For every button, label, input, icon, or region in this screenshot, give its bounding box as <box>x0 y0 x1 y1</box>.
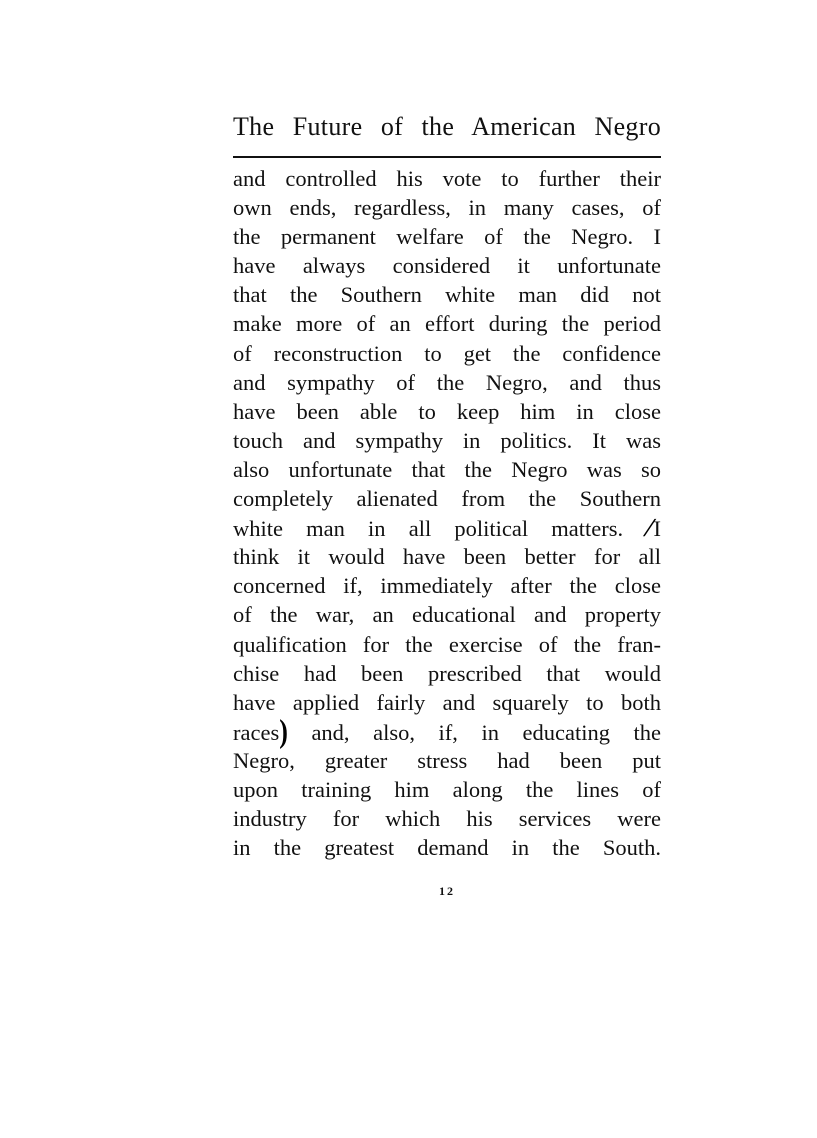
header-rule <box>233 156 661 158</box>
text-line: touch and sympathy in politics. It was <box>233 426 661 455</box>
text-line: and sympathy of the Negro, and thus <box>233 368 661 397</box>
text-segment: and, also, if, in educating the <box>288 720 661 745</box>
text-line: industry for which his services were <box>233 804 661 833</box>
text-line: completely alienated from the Southern <box>233 484 661 513</box>
text-line: concerned if, immediately after the clos… <box>233 571 661 600</box>
text-line: chise had been prescribed that would <box>233 659 661 688</box>
running-head: The Future of the American Negro <box>233 112 661 146</box>
text-line: in the greatest demand in the South. <box>233 833 661 862</box>
text-segment: white man in all political matters. <box>233 516 646 541</box>
text-line: that the Southern white man did not <box>233 280 661 309</box>
text-line: have always considered it unfortunate <box>233 251 661 280</box>
text-line: of reconstruction to get the confidence <box>233 339 661 368</box>
text-segment: races <box>233 720 279 745</box>
text-line: think it would have been better for all <box>233 542 661 571</box>
text-line: upon training him along the lines of <box>233 775 661 804</box>
text-line: and controlled his vote to further their <box>233 164 661 193</box>
text-line-annotated: races) and, also, if, in educating the <box>233 717 661 746</box>
handwritten-paren-mark: ) <box>279 713 288 749</box>
text-line: qualification for the exercise of the fr… <box>233 630 661 659</box>
book-page: The Future of the American Negro and con… <box>233 112 661 862</box>
text-line: make more of an effort during the period <box>233 309 661 338</box>
body-text: and controlled his vote to further their… <box>233 164 661 862</box>
page-number: 12 <box>233 884 661 899</box>
text-line: have been able to keep him in close <box>233 397 661 426</box>
text-line: Negro, greater stress had been put <box>233 746 661 775</box>
text-line-annotated: white man in all political matters. /I <box>233 513 661 542</box>
text-line: the permanent welfare of the Negro. I <box>233 222 661 251</box>
text-line: own ends, regardless, in many cases, of <box>233 193 661 222</box>
text-line: have applied fairly and squarely to both <box>233 688 661 717</box>
text-line: also unfortunate that the Negro was so <box>233 455 661 484</box>
text-line: of the war, an educational and property <box>233 600 661 629</box>
